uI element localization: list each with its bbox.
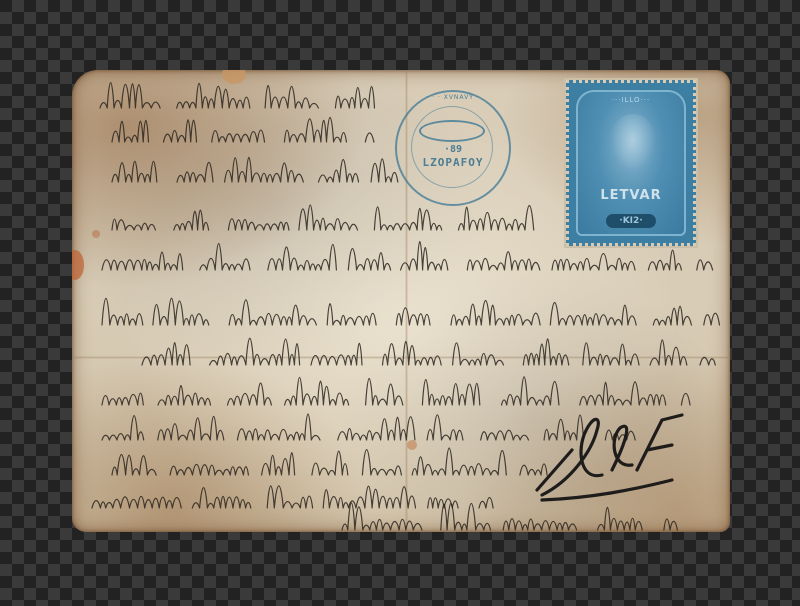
handwriting-line xyxy=(102,377,710,405)
handwriting-line xyxy=(102,414,649,440)
handwriting-line xyxy=(102,298,730,325)
handwriting-line xyxy=(112,157,418,182)
handwriting-line xyxy=(142,338,728,365)
handwriting-line xyxy=(92,486,515,508)
handwriting-line xyxy=(112,448,560,475)
handwriting-line xyxy=(112,205,547,230)
handwriting-line xyxy=(102,242,730,271)
handwriting-line xyxy=(112,117,394,142)
handwriting-line xyxy=(342,503,692,530)
handwritten-text xyxy=(72,70,730,532)
signature xyxy=(537,415,682,500)
postcard: · · · XVNAVY · ·89 LZOPAFOY ···ILLO··· L… xyxy=(72,70,730,532)
handwriting-line xyxy=(100,83,386,108)
